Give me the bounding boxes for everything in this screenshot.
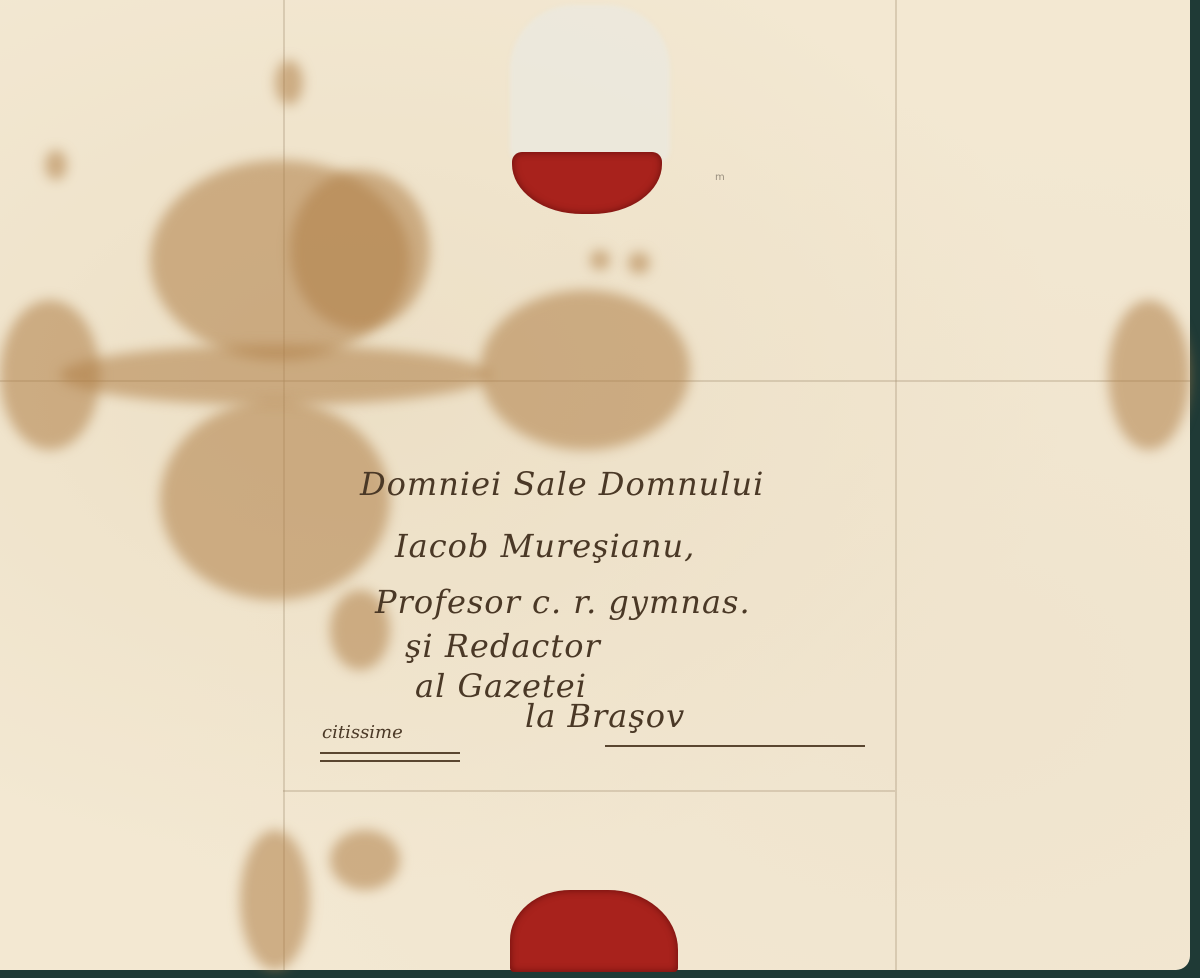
address-underline xyxy=(605,745,865,747)
annotation-underline xyxy=(320,752,460,754)
annotation-citissime: citissime xyxy=(322,722,403,743)
wax-seal-bottom xyxy=(510,890,678,972)
water-stain xyxy=(45,150,67,180)
water-stain xyxy=(290,170,430,330)
water-stain xyxy=(160,400,390,600)
water-stain xyxy=(60,345,490,405)
fold-line-horizontal-lower xyxy=(283,790,895,792)
wax-seal-top xyxy=(512,152,662,214)
archive-mark: m xyxy=(715,172,725,183)
water-stain xyxy=(590,250,610,270)
address-line-2: Iacob Mureşianu, xyxy=(395,527,695,565)
water-stain xyxy=(480,290,690,450)
fold-line-vertical-right xyxy=(895,0,897,970)
water-stain xyxy=(628,252,650,274)
address-line-4: şi Redactor xyxy=(405,627,601,665)
water-stain xyxy=(330,830,400,890)
paper-patch xyxy=(510,5,670,165)
address-line-3: Profesor c. r. gymnas. xyxy=(375,583,751,621)
water-stain xyxy=(275,60,303,105)
water-stain xyxy=(240,830,310,970)
annotation-underline xyxy=(320,760,460,762)
address-line-1: Domniei Sale Domnului xyxy=(360,465,764,503)
water-stain xyxy=(1108,300,1190,450)
address-line-6: la Braşov xyxy=(525,697,685,735)
letter-paper: m Domniei Sale Domnului Iacob Mureşianu,… xyxy=(0,0,1190,970)
